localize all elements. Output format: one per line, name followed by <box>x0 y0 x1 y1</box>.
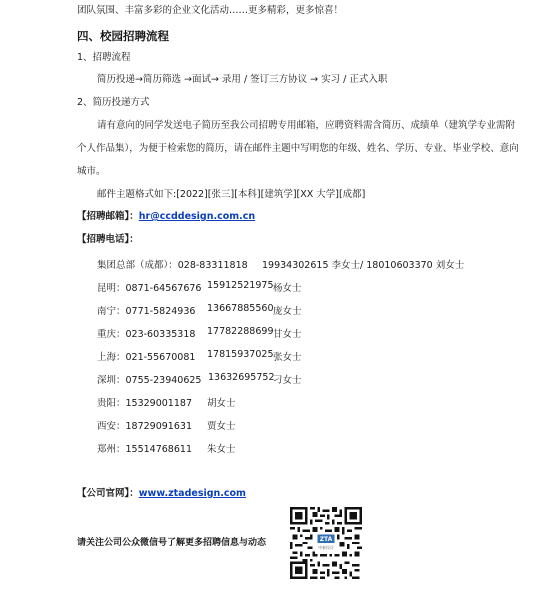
process-flow-text: 简历投递→简历筛选 →面试→ 录用 / 签订三方协议 → 实习 / 正式入职 <box>97 74 387 86</box>
submission-paragraph-line-1: 请有意向的同学发送电子简历至我公司招聘专用邮箱，应聘资料需含简历、成绩单（建筑学… <box>97 120 515 132</box>
branch-mobile: 17782288699 <box>207 326 274 337</box>
branch-office-phone: 重庆：023-60335318 <box>97 326 195 340</box>
svg-text:ZTA: ZTA <box>320 536 333 543</box>
branch-contact: 刁女士 <box>273 372 302 386</box>
website-line: 【公司官网】：www.ztadesign.com <box>77 488 246 500</box>
branch-office-phone: 昆明：0871-64567676 <box>97 280 201 294</box>
branch-contact: 朱女士 <box>207 441 236 455</box>
email-subject-format: 邮件主题格式如下:[2022][张三][本科][建筑学][XX 大学][成都] <box>97 189 365 201</box>
svg-text:中泰设计: 中泰设计 <box>318 545 334 550</box>
branch-mobile: 17815937025 <box>207 349 274 360</box>
branch-contact: 杨女士 <box>273 280 302 294</box>
phone-row-guiyang: 贵阳：15329001187 胡女士 <box>0 395 550 407</box>
website-link[interactable]: www.ztadesign.com <box>139 488 246 499</box>
phone-row-chongqing: 重庆：023-60335318 17782288699 甘女士 <box>0 326 550 338</box>
hq-mobile-phones: 19934302615 李女士/ 18010603370 刘女士 <box>262 257 464 271</box>
branch-mobile: 13667885560 <box>207 303 274 314</box>
phone-row-kunming: 昆明：0871-64567676 15912521975 杨女士 <box>0 280 550 292</box>
phone-row-shenzhen: 深圳：0755-23940625 13632695752 刁女士 <box>0 372 550 384</box>
section-heading: 四、校园招聘流程 <box>77 28 169 44</box>
email-link[interactable]: hr@ccddesign.com.cn <box>139 211 255 222</box>
phone-row-nanning: 南宁：0771-5824936 13667885560 庞女士 <box>0 303 550 315</box>
branch-contact: 贾女士 <box>207 418 236 432</box>
branch-contact: 甘女士 <box>273 326 302 340</box>
phone-row-zhengzhou: 郑州：15514768611 朱女士 <box>0 441 550 453</box>
phone-row-hq: 集团总部（成都）：028-83311818 19934302615 李女士/ 1… <box>0 257 550 269</box>
branch-office-phone: 郑州：15514768611 <box>97 441 192 455</box>
branch-contact: 庞女士 <box>273 303 302 317</box>
branch-mobile: 13632695752 <box>208 372 275 383</box>
branch-office-phone: 西安：18729091631 <box>97 418 192 432</box>
intro-tail-text: 团队氛围、丰富多彩的企业文化活动……更多精彩，更多惊喜！ <box>77 5 343 17</box>
email-label: 【招聘邮箱】： <box>77 211 139 222</box>
branch-contact: 胡女士 <box>207 395 236 409</box>
submission-paragraph-line-2: 个人作品集），为便于检索您的简历，请在邮件主题中写明您的年级、姓名、学历、专业、… <box>77 143 519 155</box>
branch-office-phone: 南宁：0771-5824936 <box>97 303 195 317</box>
branch-office-phone: 上海：021-55670081 <box>97 349 195 363</box>
branch-office-phone: 深圳：0755-23940625 <box>97 372 201 386</box>
hq-office-phone: 集团总部（成都）：028-83311818 <box>97 257 248 271</box>
wechat-prompt: 请关注公司公众微信号了解更多招聘信息与动态 <box>77 537 266 549</box>
submission-paragraph-line-3: 城市。 <box>77 166 106 178</box>
branch-contact: 张女士 <box>273 349 302 363</box>
email-line: 【招聘邮箱】：hr@ccddesign.com.cn <box>77 211 255 223</box>
phone-label: 【招聘电话】： <box>77 234 139 246</box>
website-label: 【公司官网】： <box>77 488 139 499</box>
qr-code-icon: ZTA 中泰设计 <box>290 507 362 579</box>
branch-mobile: 15912521975 <box>207 280 274 291</box>
subsection-title-submission: 2、简历投递方式 <box>77 97 150 109</box>
phone-row-xian: 西安：18729091631 贾女士 <box>0 418 550 430</box>
branch-office-phone: 贵阳：15329001187 <box>97 395 192 409</box>
subsection-title-process: 1、招聘流程 <box>77 52 131 64</box>
phone-row-shanghai: 上海：021-55670081 17815937025 张女士 <box>0 349 550 361</box>
